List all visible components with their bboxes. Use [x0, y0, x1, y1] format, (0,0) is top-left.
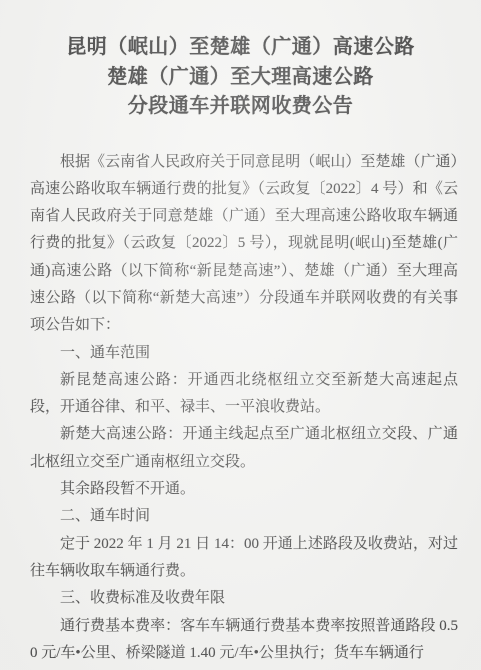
section-heading-2: 二、通车时间 [30, 503, 458, 530]
document-page: 昆明（岷山）至楚雄（广通）高速公路 楚雄（广通）至大理高速公路 分段通车并联网收… [0, 0, 481, 670]
paragraph-toll-rates: 通行费基本费率：客车车辆通行费基本费率按照普通路段 0.50 元/车•公里、桥梁… [30, 613, 458, 668]
paragraph-kunchu-scope: 新昆楚高速公路：开通西北绕枢纽立交至新楚大高速起点段，开通谷律、和平、禄丰、一平… [30, 367, 458, 422]
document-title: 昆明（岷山）至楚雄（广通）高速公路 楚雄（广通）至大理高速公路 分段通车并联网收… [0, 0, 481, 122]
title-line-3: 分段通车并联网收费公告 [0, 92, 481, 122]
paragraph-other-sections: 其余路段暂不开通。 [30, 476, 458, 503]
paragraph-opening-time: 定于 2022 年 1 月 21 日 14：00 开通上述路段及收费站，对过往车… [30, 531, 458, 586]
section-heading-3: 三、收费标准及收费年限 [30, 585, 458, 612]
section-heading-1: 一、通车范围 [30, 340, 458, 367]
title-line-2: 楚雄（广通）至大理高速公路 [0, 63, 481, 93]
paragraph-chuda-scope: 新楚大高速公路：开通主线起点至广通北枢纽立交段、广通北枢纽立交至广通南枢纽立交段… [30, 421, 458, 476]
paragraph-intro: 根据《云南省人民政府关于同意昆明（岷山）至楚雄（广通）高速公路收取车辆通行费的批… [30, 149, 458, 340]
title-line-1: 昆明（岷山）至楚雄（广通）高速公路 [0, 33, 481, 63]
document-body: 根据《云南省人民政府关于同意昆明（岷山）至楚雄（广通）高速公路收取车辆通行费的批… [0, 149, 481, 668]
